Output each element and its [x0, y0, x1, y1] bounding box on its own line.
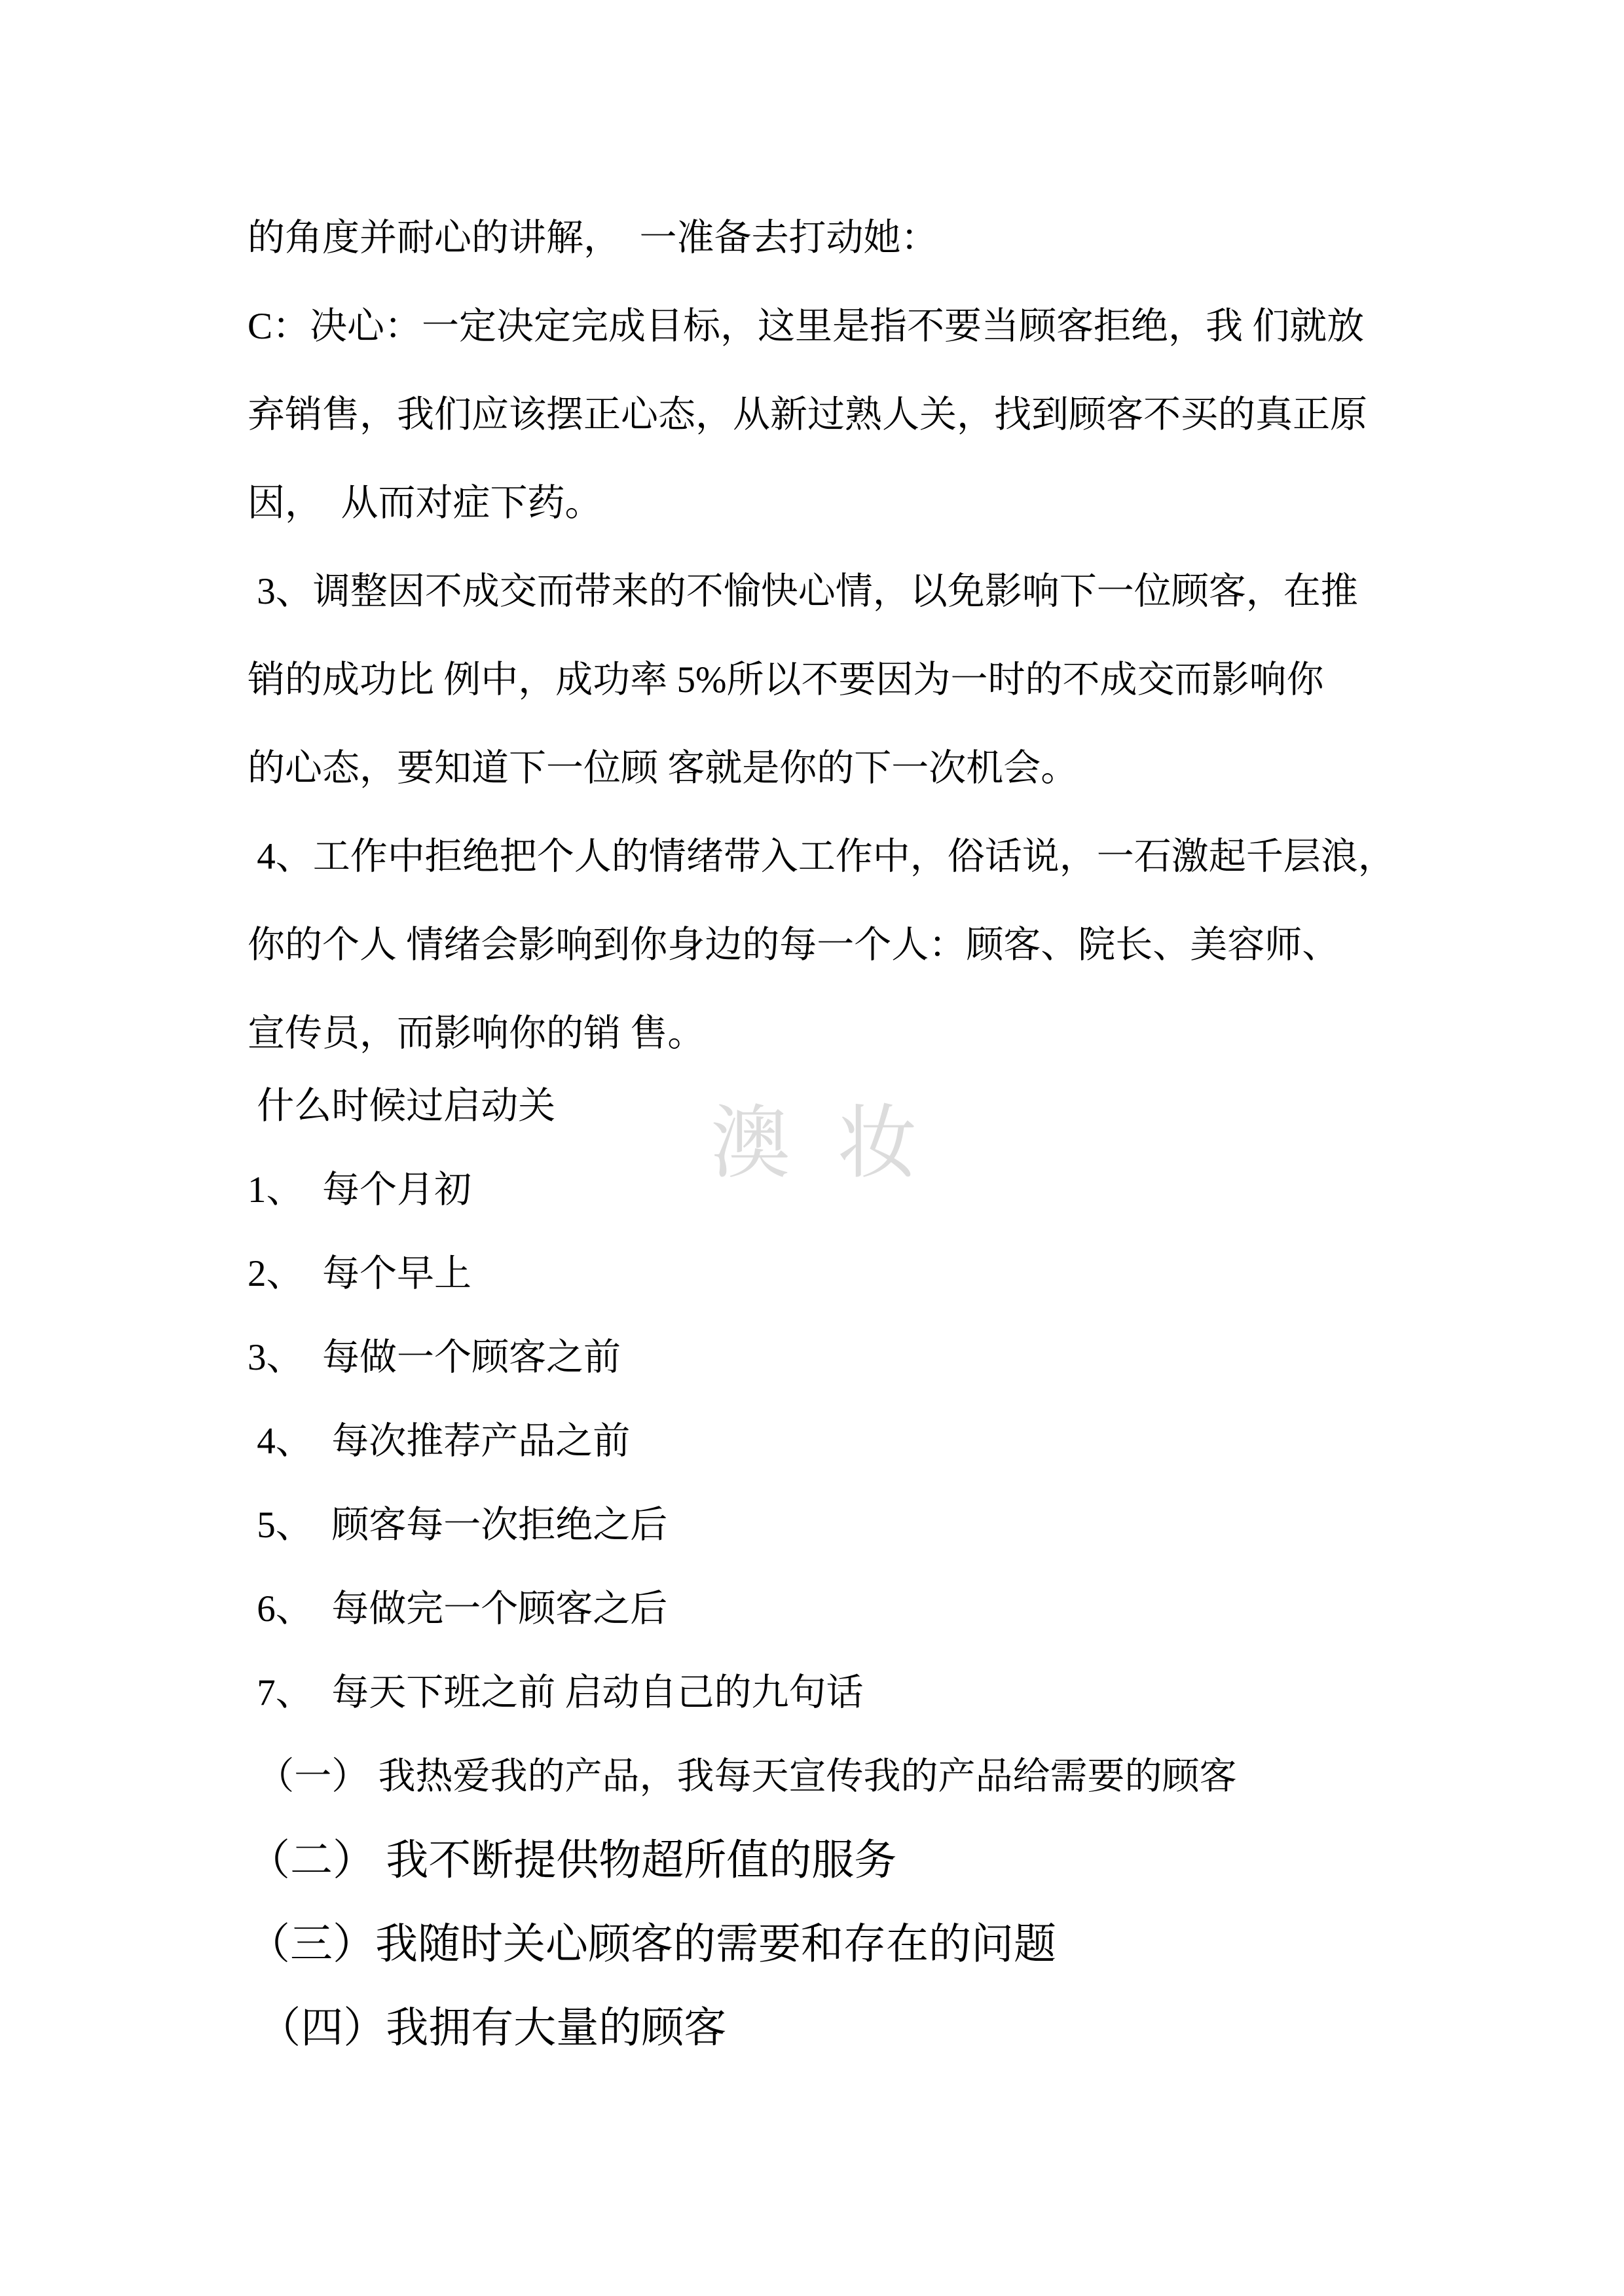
list-item: （四）我拥有大量的顾客 — [248, 1986, 1624, 2070]
list-item: 2、 每个早上 — [248, 1232, 1624, 1316]
section-heading: 什么时候过启动关 — [248, 1065, 1624, 1148]
list-item: 4、 每次推荐产品之前 — [248, 1400, 1624, 1484]
paragraph-block: 的角度并耐心的讲解， 一准备去打动她： C：决心：一定决定完成目标，这里是指不要… — [0, 194, 1624, 1078]
paragraph-line: 弃销售，我们应该摆正心态，从新过熟人关，找到顾客不买的真正原 — [248, 371, 1624, 459]
paragraph-line: 销的成功比 例中，成功率 5%所以不要因为一时的不成交而影响你 — [248, 636, 1624, 724]
list-item: （三）我随时关心顾客的需要和存在的问题 — [248, 1903, 1624, 1986]
list-item: 7、 每天下班之前 启动自己的九句话 — [248, 1651, 1624, 1735]
paragraph-line: 因， 从而对症下药。 — [248, 459, 1624, 547]
list-item: （一） 我热爱我的产品，我每天宣传我的产品给需要的顾客 — [248, 1735, 1624, 1819]
list-item: 5、 顾客每一次拒绝之后 — [248, 1484, 1624, 1567]
paragraph-line: 的心态，要知道下一位顾 客就是你的下一次机会。 — [248, 724, 1624, 812]
list-item: 3、 每做一个顾客之前 — [248, 1316, 1624, 1400]
document-page: 的角度并耐心的讲解， 一准备去打动她： C：决心：一定决定完成目标，这里是指不要… — [0, 0, 1624, 2296]
paragraph-line: 你的个人 情绪会影响到你身边的每一个人：顾客、院长、美容师、 — [248, 901, 1624, 989]
paragraph-line: 3、调整因不成交而带来的不愉快心情，以免影响下一位顾客，在推 — [248, 547, 1624, 636]
list-item: 6、 每做完一个顾客之后 — [248, 1567, 1624, 1651]
paragraph-line: 的角度并耐心的讲解， 一准备去打动她： — [248, 194, 1624, 282]
paragraph-line: C：决心：一定决定完成目标，这里是指不要当顾客拒绝，我 们就放 — [248, 282, 1624, 371]
list-item: 1、 每个月初 — [248, 1148, 1624, 1232]
paragraph-line: 4、工作中拒绝把个人的情绪带入工作中，俗话说，一石激起千层浪， — [248, 812, 1624, 901]
list-item: （二） 我不断提供物超所值的服务 — [248, 1819, 1624, 1903]
list-block: 什么时候过启动关 1、 每个月初 2、 每个早上 3、 每做一个顾客之前 4、 … — [0, 1065, 1624, 2070]
